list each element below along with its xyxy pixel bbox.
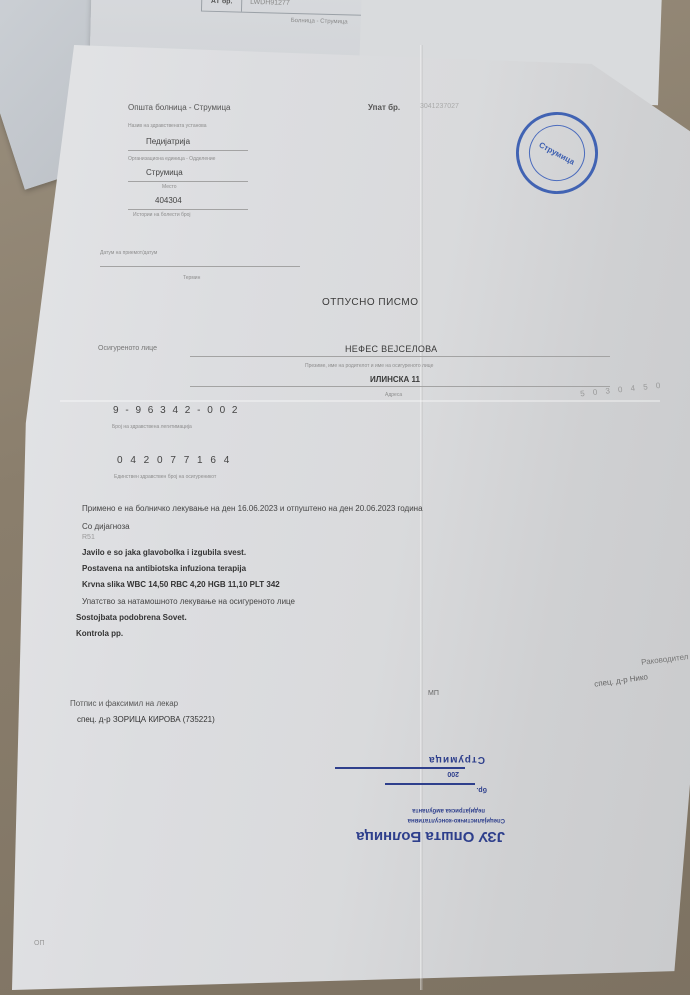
divider [190, 386, 610, 387]
paper-fold-vertical [420, 45, 423, 990]
city: Струмица [146, 168, 183, 177]
department-caption: Организациона единица - Одделение [128, 156, 215, 162]
name-caption: Презиме, име на родителот и име на осигу… [305, 363, 433, 369]
instructions-label: Упатство за натамошното лекување на осиг… [82, 597, 295, 606]
address-caption: Адреса [385, 392, 402, 398]
institution-caption: Назив на здравствената установа [128, 123, 207, 129]
page-marker: ОП [34, 940, 44, 947]
anamnesis-line: Javilo e so jaka glavobolka i izgubila s… [82, 548, 246, 557]
therapy-line: Postavena na antibiotska infuziona terap… [82, 564, 246, 573]
condition-line: Sostojbata podobrena Sovet. [76, 613, 187, 622]
health-id-caption: Единствен здравствен број на осигуренико… [114, 474, 216, 480]
atbr-value: LWDH91277 [242, 0, 290, 6]
divider [128, 150, 248, 151]
divider [190, 356, 610, 357]
stamp-line: ЈЗУ Општа Болница [356, 828, 505, 845]
hospital-name: Општа болница - Струмица [128, 103, 230, 112]
divider [100, 266, 300, 267]
divider [128, 209, 248, 210]
history-code: 404304 [155, 196, 182, 205]
insurance-caption: Број на здравствена легитимација [112, 424, 192, 430]
patient-address: ИЛИНСКА 11 [370, 375, 420, 384]
divider [128, 181, 248, 182]
followup-line: Kontrola pp. [76, 629, 123, 638]
referral-label: Упат бр. [368, 103, 400, 112]
health-id-number: 0 4 2 0 7 7 1 6 4 [117, 455, 232, 466]
insurance-number: 9 - 9 6 3 4 2 - 0 0 2 [113, 405, 240, 416]
stamp-line: педијатриска амбуланта [412, 807, 485, 813]
admission-line: Примено е на болничко лекување на ден 16… [82, 504, 423, 513]
discharge-letter-paper [12, 45, 690, 990]
stamp-rule [335, 768, 465, 770]
round-stamp-text: Струмица [538, 140, 577, 166]
paper-fold-horizontal [60, 400, 660, 402]
diagnosis-code: R51 [82, 534, 95, 541]
code-caption: Истории на болести број [133, 212, 191, 218]
blood-count-line: Krvna slika WBC 14,50 RBC 4,20 HGB 11,10… [82, 580, 280, 589]
term-caption: Термин [183, 275, 200, 281]
department: Педијатрија [146, 137, 190, 146]
diagnosis-label: Со дијагноза [82, 522, 130, 531]
stamp-rule [385, 784, 475, 786]
stamp-line: бр. [476, 786, 487, 793]
patient-name: НЕФЕС ВЕЈСЕЛОВА [345, 344, 437, 354]
stamp-line: Струмица [428, 754, 485, 765]
atbr-label: АТ бр. [202, 0, 243, 12]
signature-label: Потпис и факсимил на лекар [70, 699, 178, 708]
referral-number: 3041237027 [420, 103, 459, 110]
rectangular-hospital-stamp: ЈЗУ Општа Болница Специјалистичко-консул… [325, 740, 505, 845]
background-department: Болница - Струмица [291, 18, 348, 25]
date-caption: Датум на приемот/датум [100, 250, 157, 256]
doctor-name: спец. д-р ЗОРИЦА КИРОВА (735221) [77, 715, 215, 724]
seal-placeholder: МП [428, 690, 439, 697]
insured-label: Осигуреното лице [98, 345, 157, 352]
stamp-line: Специјалистичко-консултативна [408, 817, 505, 823]
document-title: ОТПУСНО ПИСМО [322, 297, 419, 308]
city-caption: Место [162, 184, 177, 190]
stamp-line: 200 [447, 770, 459, 777]
